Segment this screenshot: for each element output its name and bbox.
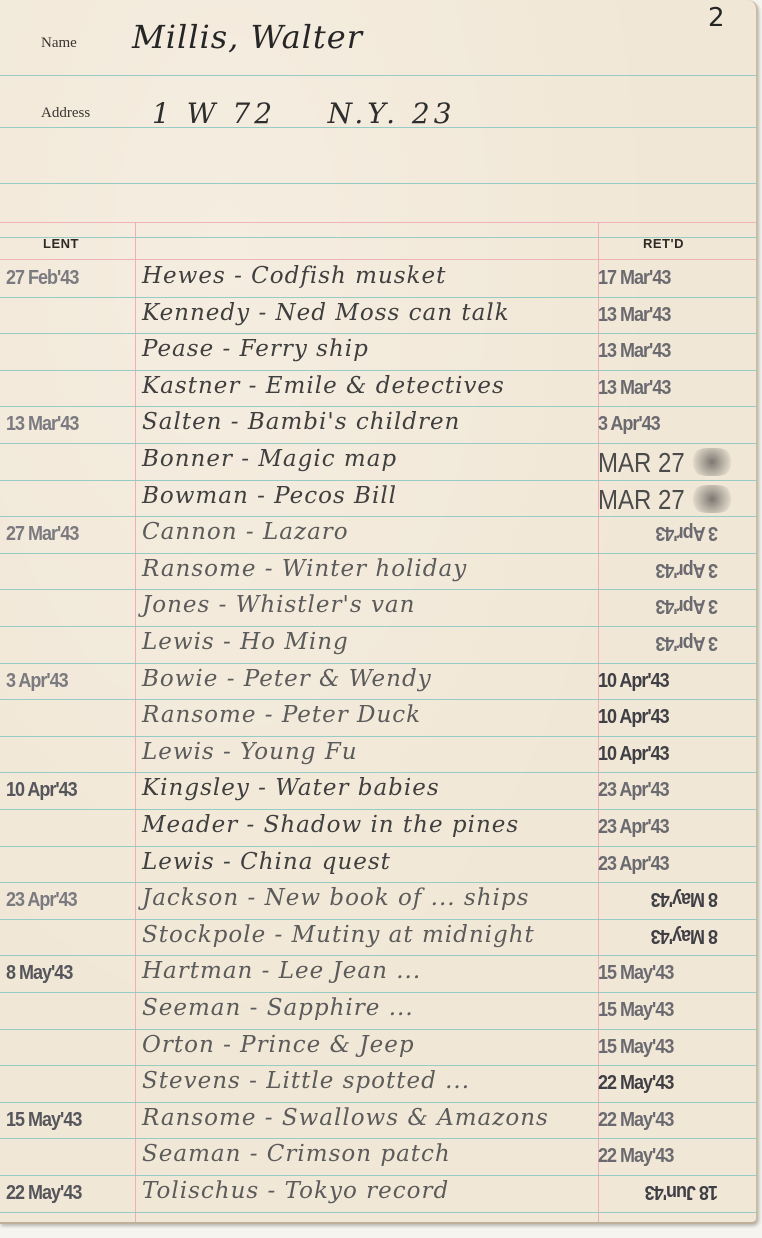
book-entry: Lewis - China quest [142,849,391,875]
returned-date-stamp: 3 Apr'43 [598,594,718,618]
name-label: Name [41,35,77,52]
rule-line [0,772,756,773]
loan-row: 3 Apr'43Bowie - Peter & Wendy10 Apr'43 [0,664,756,701]
book-entry: Ransome - Swallows & Amazons [142,1105,549,1131]
returned-date-stamp: 13 Mar'43 [598,375,718,399]
returned-date-stamp: 23 Apr'43 [598,851,718,875]
loan-row: Kastner - Emile & detectives13 Mar'43 [0,371,756,408]
lent-date-stamp: 8 May'43 [6,960,131,984]
loan-row: Pease - Ferry ship13 Mar'43 [0,334,756,371]
loan-row: 23 Apr'43Jackson - New book of ... ships… [0,883,756,920]
book-entry: Tolischus - Tokyo record [142,1178,449,1204]
returned-date-stamp: 8 May'43 [598,924,718,948]
loan-row: Lewis - China quest23 Apr'43 [0,847,756,884]
rule-line [0,1029,756,1030]
loan-row: Bonner - Magic mapMAR 27 [0,444,756,481]
rule-line [0,809,756,810]
returned-date-stamp: 22 May'43 [598,1107,718,1131]
book-entry: Seaman - Crimson patch [142,1141,451,1167]
rule-line [0,553,756,554]
rule-line [0,443,756,444]
loan-row: Orton - Prince & Jeep15 May'43 [0,1030,756,1067]
loan-row: 8 May'43Hartman - Lee Jean ...15 May'43 [0,956,756,993]
book-entry: Ransome - Peter Duck [142,702,421,728]
loan-row: Lewis - Young Fu10 Apr'43 [0,737,756,774]
card-number: 2 [708,3,725,33]
returned-date-stamp: 15 May'43 [598,1034,718,1058]
library-card: 2 Name Millis, Walter Address 1 W 72 N.Y… [0,0,758,1224]
loan-row: Stevens - Little spotted ...22 May'43 [0,1066,756,1103]
book-entry: Seeman - Sapphire ... [142,995,414,1021]
rule-line [0,589,756,590]
lent-column-header: LENT [43,236,79,251]
rule-line [0,183,756,184]
borrower-name: Millis, Walter [132,18,363,56]
returned-date-stamp: 3 Apr'43 [598,631,718,655]
loan-row: Stockpole - Mutiny at midnight8 May'43 [0,920,756,957]
loan-row: Lewis - Ho Ming3 Apr'43 [0,627,756,664]
returned-date-stamp: 23 Apr'43 [598,814,718,838]
loan-row: Bowman - Pecos BillMAR 27 [0,481,756,518]
book-entry: Salten - Bambi's children [142,409,460,435]
lent-date-stamp: 10 Apr'43 [6,777,131,801]
book-entry: Lewis - Young Fu [142,739,358,765]
book-entry: Ransome - Winter holiday [142,556,467,582]
rule-line [0,1175,756,1176]
book-entry: Jones - Whistler's van [142,592,415,618]
loan-row: 27 Feb'43Hewes - Codfish musket17 Mar'43 [0,261,756,298]
loan-row: Meader - Shadow in the pines23 Apr'43 [0,810,756,847]
lent-date-stamp: 15 May'43 [6,1107,131,1131]
header-rule [0,259,756,260]
rule-line [0,333,756,334]
book-entry: Bonner - Magic map [142,446,397,472]
rule-line [0,882,756,883]
book-entry: Lewis - Ho Ming [142,629,349,655]
rule-line [0,955,756,956]
returned-date-stamp: 18 Jun'43 [598,1180,718,1204]
lent-date-stamp: 13 Mar'43 [6,411,131,435]
returned-date-stamp: 3 Apr'43 [598,411,718,435]
returned-date-stamp: 10 Apr'43 [598,704,718,728]
loan-row: Jones - Whistler's van3 Apr'43 [0,590,756,627]
loan-row: 15 May'43Ransome - Swallows & Amazons22 … [0,1103,756,1140]
lent-date-stamp: 27 Mar'43 [6,521,131,545]
returned-date-stamp: 15 May'43 [598,960,718,984]
returned-date-stamp: 3 Apr'43 [598,521,718,545]
rule-line [0,406,756,407]
returned-date-stamp: 3 Apr'43 [598,558,718,582]
returned-date-stamp: 10 Apr'43 [598,741,718,765]
rule-line [0,516,756,517]
lent-date-stamp: 22 May'43 [6,1180,131,1204]
returned-date-stamp: 22 May'43 [598,1143,718,1167]
book-entry: Kastner - Emile & detectives [142,373,505,399]
lent-date-stamp: 23 Apr'43 [6,887,131,911]
rule-line [0,1065,756,1066]
lent-date-stamp: 27 Feb'43 [6,265,131,289]
book-entry: Hewes - Codfish musket [142,263,446,289]
loan-row: 22 May'43Tolischus - Tokyo record18 Jun'… [0,1176,756,1213]
book-entry: Pease - Ferry ship [142,336,369,362]
rule-line [0,1102,756,1103]
loan-row: 13 Mar'43Salten - Bambi's children3 Apr'… [0,407,756,444]
rule-line [0,992,756,993]
returned-date-stamp: 13 Mar'43 [598,302,718,326]
book-entry: Cannon - Lazaro [142,519,349,545]
rule-line [0,626,756,627]
rule-line [0,75,756,76]
rule-line [0,919,756,920]
loan-row: Ransome - Peter Duck10 Apr'43 [0,700,756,737]
book-entry: Stockpole - Mutiny at midnight [142,922,535,948]
loan-row: Seeman - Sapphire ...15 May'43 [0,993,756,1030]
book-entry: Stevens - Little spotted ... [142,1068,470,1094]
returned-date-stamp: 17 Mar'43 [598,265,718,289]
address-label: Address [41,105,90,122]
rule-line [0,297,756,298]
book-entry: Jackson - New book of ... ships [142,885,529,911]
returned-date-stamp: 23 Apr'43 [598,777,718,801]
returned-date-stamp: 10 Apr'43 [598,668,718,692]
borrower-address: 1 W 72 N.Y. 23 [152,97,456,130]
returned-date-stamp: 22 May'43 [598,1070,718,1094]
returned-date-stamp: 8 May'43 [598,887,718,911]
book-entry: Bowman - Pecos Bill [142,483,397,509]
rule-line [0,1212,756,1213]
rule-line [0,699,756,700]
ink-smudge [690,485,734,513]
lent-date-stamp: 3 Apr'43 [6,668,131,692]
book-entry: Meader - Shadow in the pines [142,812,519,838]
loan-row: Seaman - Crimson patch22 May'43 [0,1139,756,1176]
loan-row: 27 Mar'43Cannon - Lazaro3 Apr'43 [0,517,756,554]
returned-date-stamp: 15 May'43 [598,997,718,1021]
rule-line [0,370,756,371]
book-entry: Hartman - Lee Jean ... [142,958,421,984]
book-entry: Orton - Prince & Jeep [142,1032,415,1058]
returned-column-header: RET'D [643,236,684,251]
rule-line [0,846,756,847]
book-entry: Kennedy - Ned Moss can talk [142,300,510,326]
loan-row: Ransome - Winter holiday3 Apr'43 [0,554,756,591]
returned-date-stamp: 13 Mar'43 [598,338,718,362]
rule-line [0,736,756,737]
book-entry: Bowie - Peter & Wendy [142,666,432,692]
ink-smudge [690,448,734,476]
rule-line [0,1138,756,1139]
book-entry: Kingsley - Water babies [142,775,440,801]
rule-line [0,480,756,481]
loan-row: Kennedy - Ned Moss can talk13 Mar'43 [0,298,756,335]
loan-row: 10 Apr'43Kingsley - Water babies23 Apr'4… [0,773,756,810]
header-rule [0,222,756,223]
rule-line [0,663,756,664]
